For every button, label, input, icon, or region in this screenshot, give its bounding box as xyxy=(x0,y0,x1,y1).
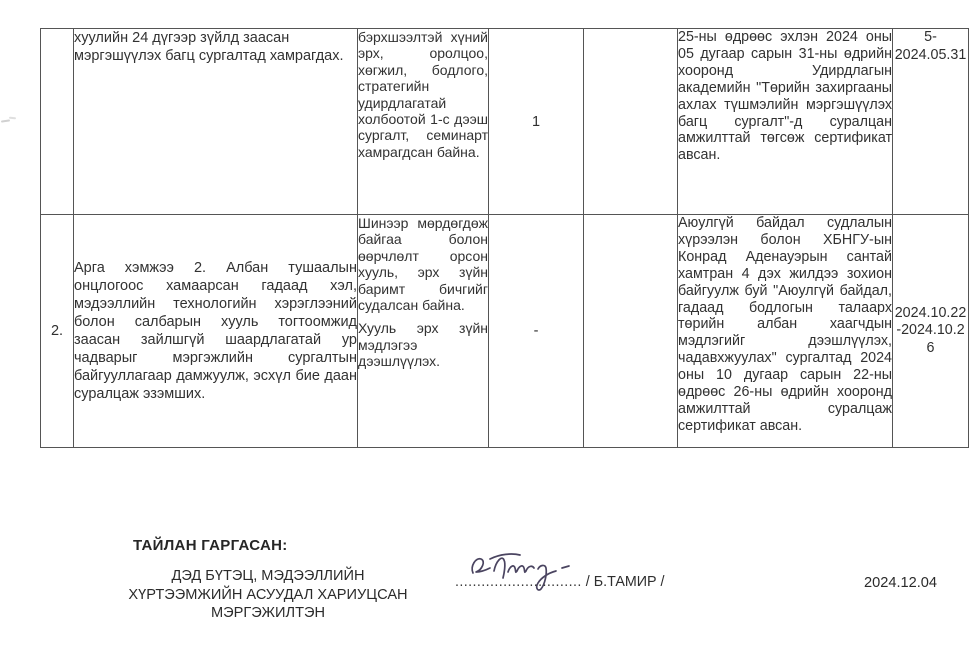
position-line: МЭРГЭЖИЛТЭН xyxy=(108,604,428,623)
position-line: ХҮРТЭЭМЖИЙН АСУУДАЛ ХАРИУЦСАН xyxy=(108,586,428,605)
report-table: хуулийн 24 дүгээр зүйлд заасан мэргэшүүл… xyxy=(40,28,969,448)
signature-dotted-line: ............................. xyxy=(455,574,582,590)
cell-row2-blank xyxy=(584,215,678,448)
cell-row1-task: хуулийн 24 дүгээр зүйлд заасан мэргэшүүл… xyxy=(74,29,358,215)
scan-artifact xyxy=(0,112,22,130)
signature-line: ............................. / Б.ТАМИР … xyxy=(455,574,665,590)
criteria-paragraph: бэрхшээлтэй хүний эрх, оролцоо, хөгжил, … xyxy=(358,29,488,160)
cell-row1-criteria: бэрхшээлтэй хүний эрх, оролцоо, хөгжил, … xyxy=(358,29,489,215)
report-date: 2024.12.04 xyxy=(864,575,937,591)
signer-name: / Б.ТАМИР / xyxy=(582,574,665,590)
cell-row1-date: 5-2024.05.31 xyxy=(893,29,969,215)
cell-row2-result: Аюулгүй байдал судлалын хүрээлэн болон Х… xyxy=(678,215,893,448)
cell-row2-criteria: Шинээр мөрдөгдөж байгаа болон өөрчлөлт о… xyxy=(358,215,489,448)
table-row: 2. Арга хэмжээ 2. Албан тушаалын онцлого… xyxy=(41,215,969,448)
position-line: ДЭД БҮТЭЦ, МЭДЭЭЛЛИЙН xyxy=(108,567,428,586)
cell-row1-count: 1 xyxy=(489,29,584,215)
signer-position-title: ДЭД БҮТЭЦ, МЭДЭЭЛЛИЙН ХҮРТЭЭМЖИЙН АСУУДА… xyxy=(108,567,428,623)
cell-row2-task: Арга хэмжээ 2. Албан тушаалын онцлогоос … xyxy=(74,215,358,448)
cell-row1-result: 25-ны өдрөөс эхлэн 2024 оны 05 дугаар са… xyxy=(678,29,893,215)
criteria-paragraph: Шинээр мөрдөгдөж байгаа болон өөрчлөлт о… xyxy=(358,215,488,313)
cell-row2-number: 2. xyxy=(41,215,74,448)
table-row: хуулийн 24 дүгээр зүйлд заасан мэргэшүүл… xyxy=(41,29,969,215)
cell-row2-date: 2024.10.22-2024.10.26 xyxy=(893,215,969,448)
cell-row1-number xyxy=(41,29,74,215)
cell-row2-count: - xyxy=(489,215,584,448)
report-prepared-heading: ТАЙЛАН ГАРГАСАН: xyxy=(133,537,288,554)
cell-row1-blank xyxy=(584,29,678,215)
criteria-paragraph: Хууль эрх зүйн мэдлэгээ дээшлүүлэх. xyxy=(358,320,488,369)
document-page: хуулийн 24 дүгээр зүйлд заасан мэргэшүүл… xyxy=(0,0,973,669)
